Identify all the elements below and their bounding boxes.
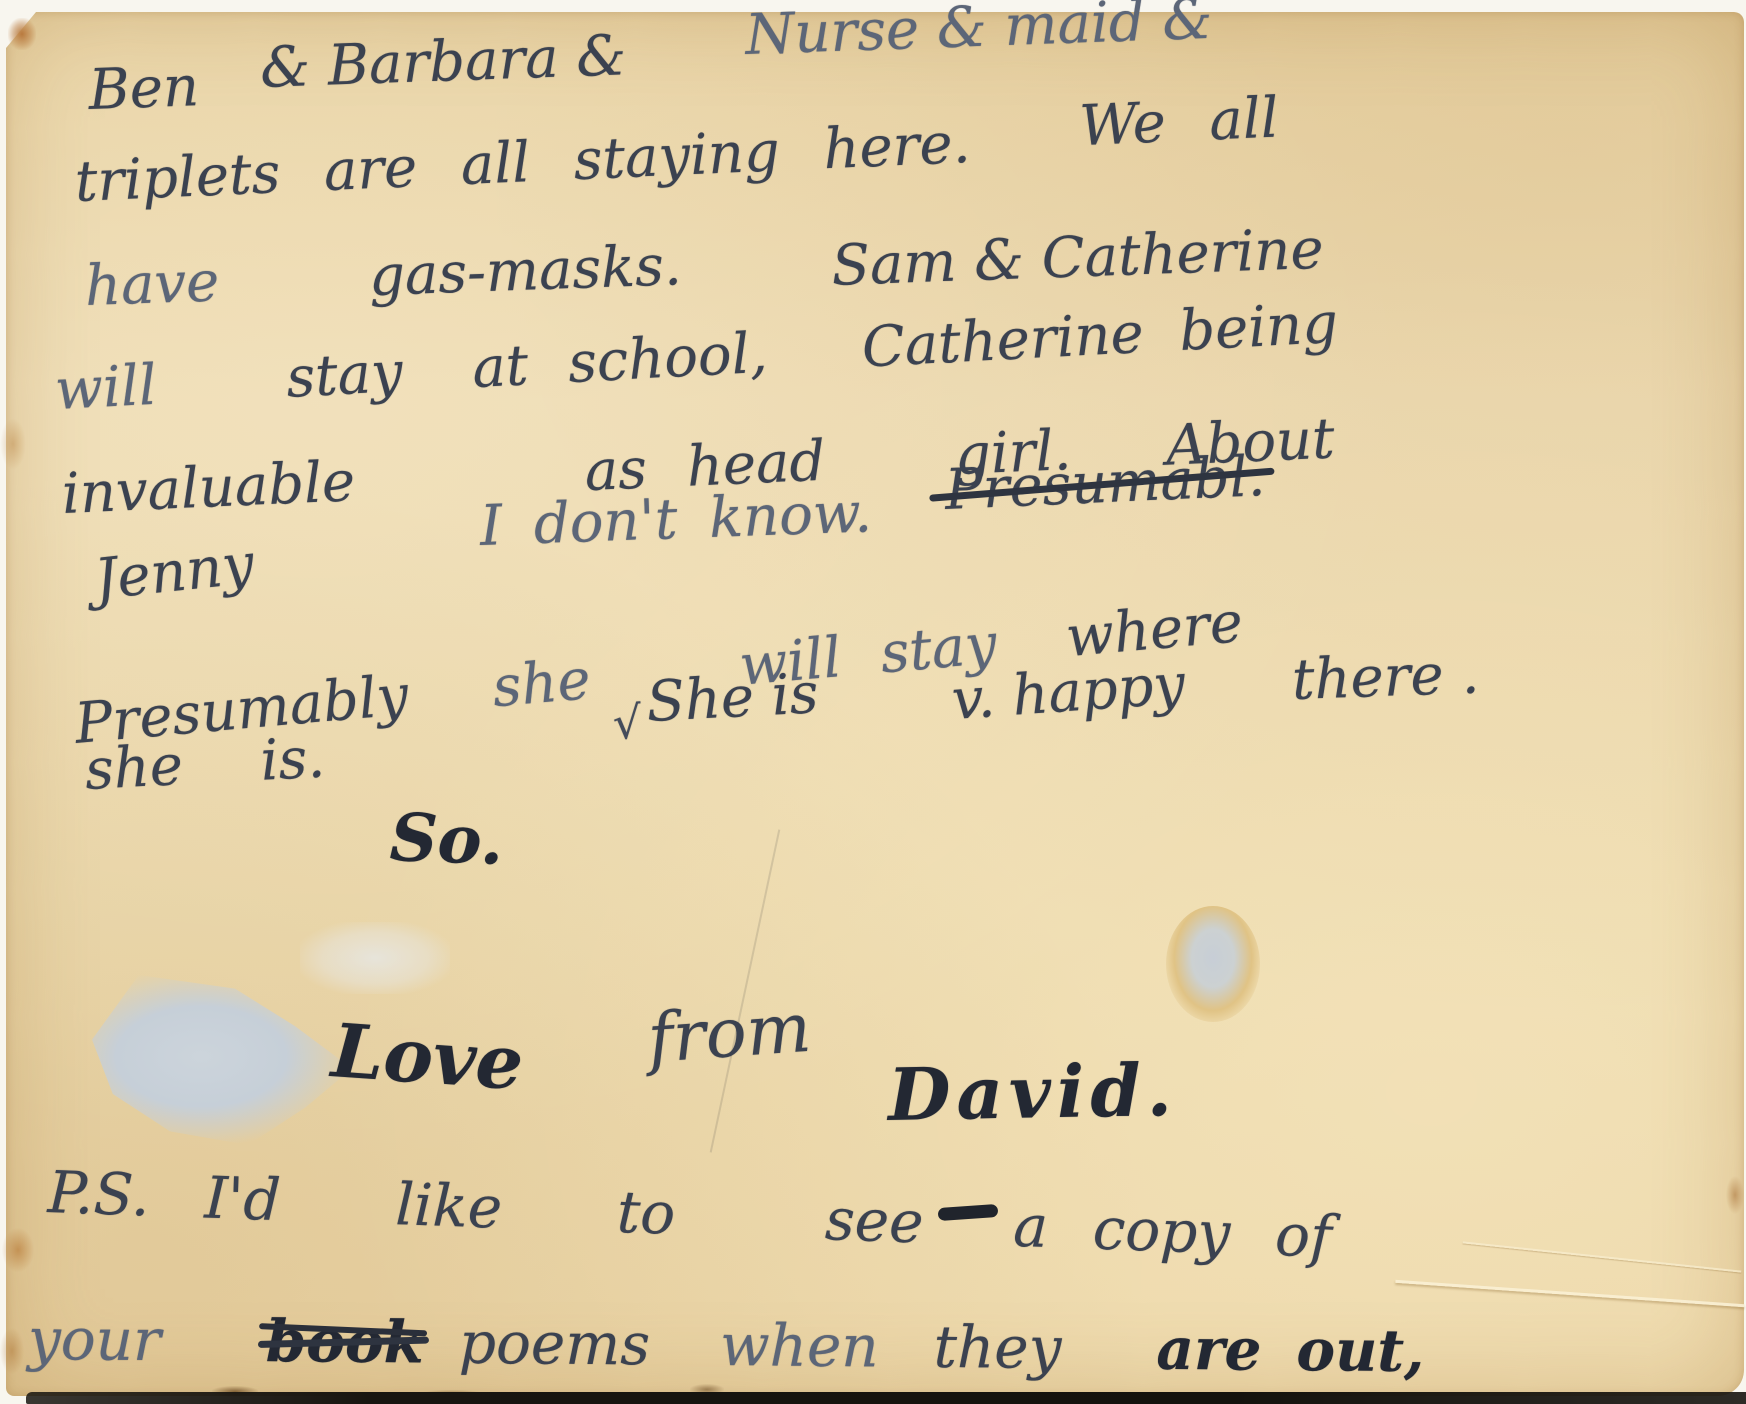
handwritten-word: poems xyxy=(459,1309,651,1379)
handwritten-word: she is. xyxy=(83,725,326,802)
handwritten-word: P.S. xyxy=(47,1158,151,1230)
handwritten-word: of xyxy=(1274,1201,1333,1271)
handwritten-word: gas-masks. xyxy=(368,233,683,309)
handwritten-word: will xyxy=(53,353,158,423)
handwritten-word: We all xyxy=(1078,85,1280,159)
handwritten-word: she xyxy=(490,647,593,720)
handwritten-word: school, xyxy=(566,321,768,396)
handwritten-word: your xyxy=(28,1305,161,1374)
signature-word: from xyxy=(645,989,813,1079)
handwritten-phrase: there . xyxy=(1291,641,1480,712)
signature-name: David. xyxy=(887,1047,1178,1137)
handwritten-word: a xyxy=(1012,1192,1049,1261)
handwritten-word: to xyxy=(616,1178,677,1248)
signature-word: Love xyxy=(329,1008,526,1107)
handwritten-word: from xyxy=(645,989,813,1079)
handwritten-word: like xyxy=(394,1170,503,1242)
handwritten-word: copy xyxy=(1092,1195,1232,1268)
handwritten-word: So. xyxy=(389,798,505,880)
handwritten-word: they xyxy=(933,1313,1061,1382)
handwritten-word: there . xyxy=(1291,641,1480,712)
handwritten-phrase: she is. xyxy=(83,725,326,802)
insertion-caret-mark: √ xyxy=(612,696,643,750)
handwritten-word: Ben xyxy=(87,54,200,123)
handwritten-word: stay xyxy=(285,340,405,411)
handwritten-word: out, xyxy=(1296,1316,1424,1385)
handwritten-word: have xyxy=(84,249,220,319)
handwritten-word: I don't know. xyxy=(479,480,873,559)
handwritten-word: at xyxy=(471,333,530,401)
paper-bottom-edge-shadow xyxy=(26,1392,1746,1404)
handwritten-word: I'd xyxy=(204,1163,282,1234)
handwritten-word: invaluable xyxy=(61,449,357,527)
handwritten-word: are xyxy=(1156,1315,1262,1384)
handwritten-word: So. xyxy=(389,798,505,880)
handwritten-word: Love xyxy=(329,1008,526,1107)
scanned-letter-page: Ben& Barbara &Nurse & maid & triplets ar… xyxy=(0,0,1746,1404)
handwritten-word: & Barbara & xyxy=(259,23,627,101)
handwritten-line: yourbookpoemswhentheyareout, xyxy=(28,1305,1425,1385)
handwritten-word: She is xyxy=(645,661,820,735)
handwritten-word: David. xyxy=(887,1047,1178,1137)
handwritten-word: see xyxy=(824,1185,925,1256)
caret-insertion: √She is xyxy=(610,661,820,737)
handwritten-phrase: I don't know. xyxy=(479,480,873,559)
struck-word: book xyxy=(265,1307,424,1376)
handwritten-word: when xyxy=(720,1311,879,1380)
handwritten-word: Nurse & maid & xyxy=(744,0,1213,68)
